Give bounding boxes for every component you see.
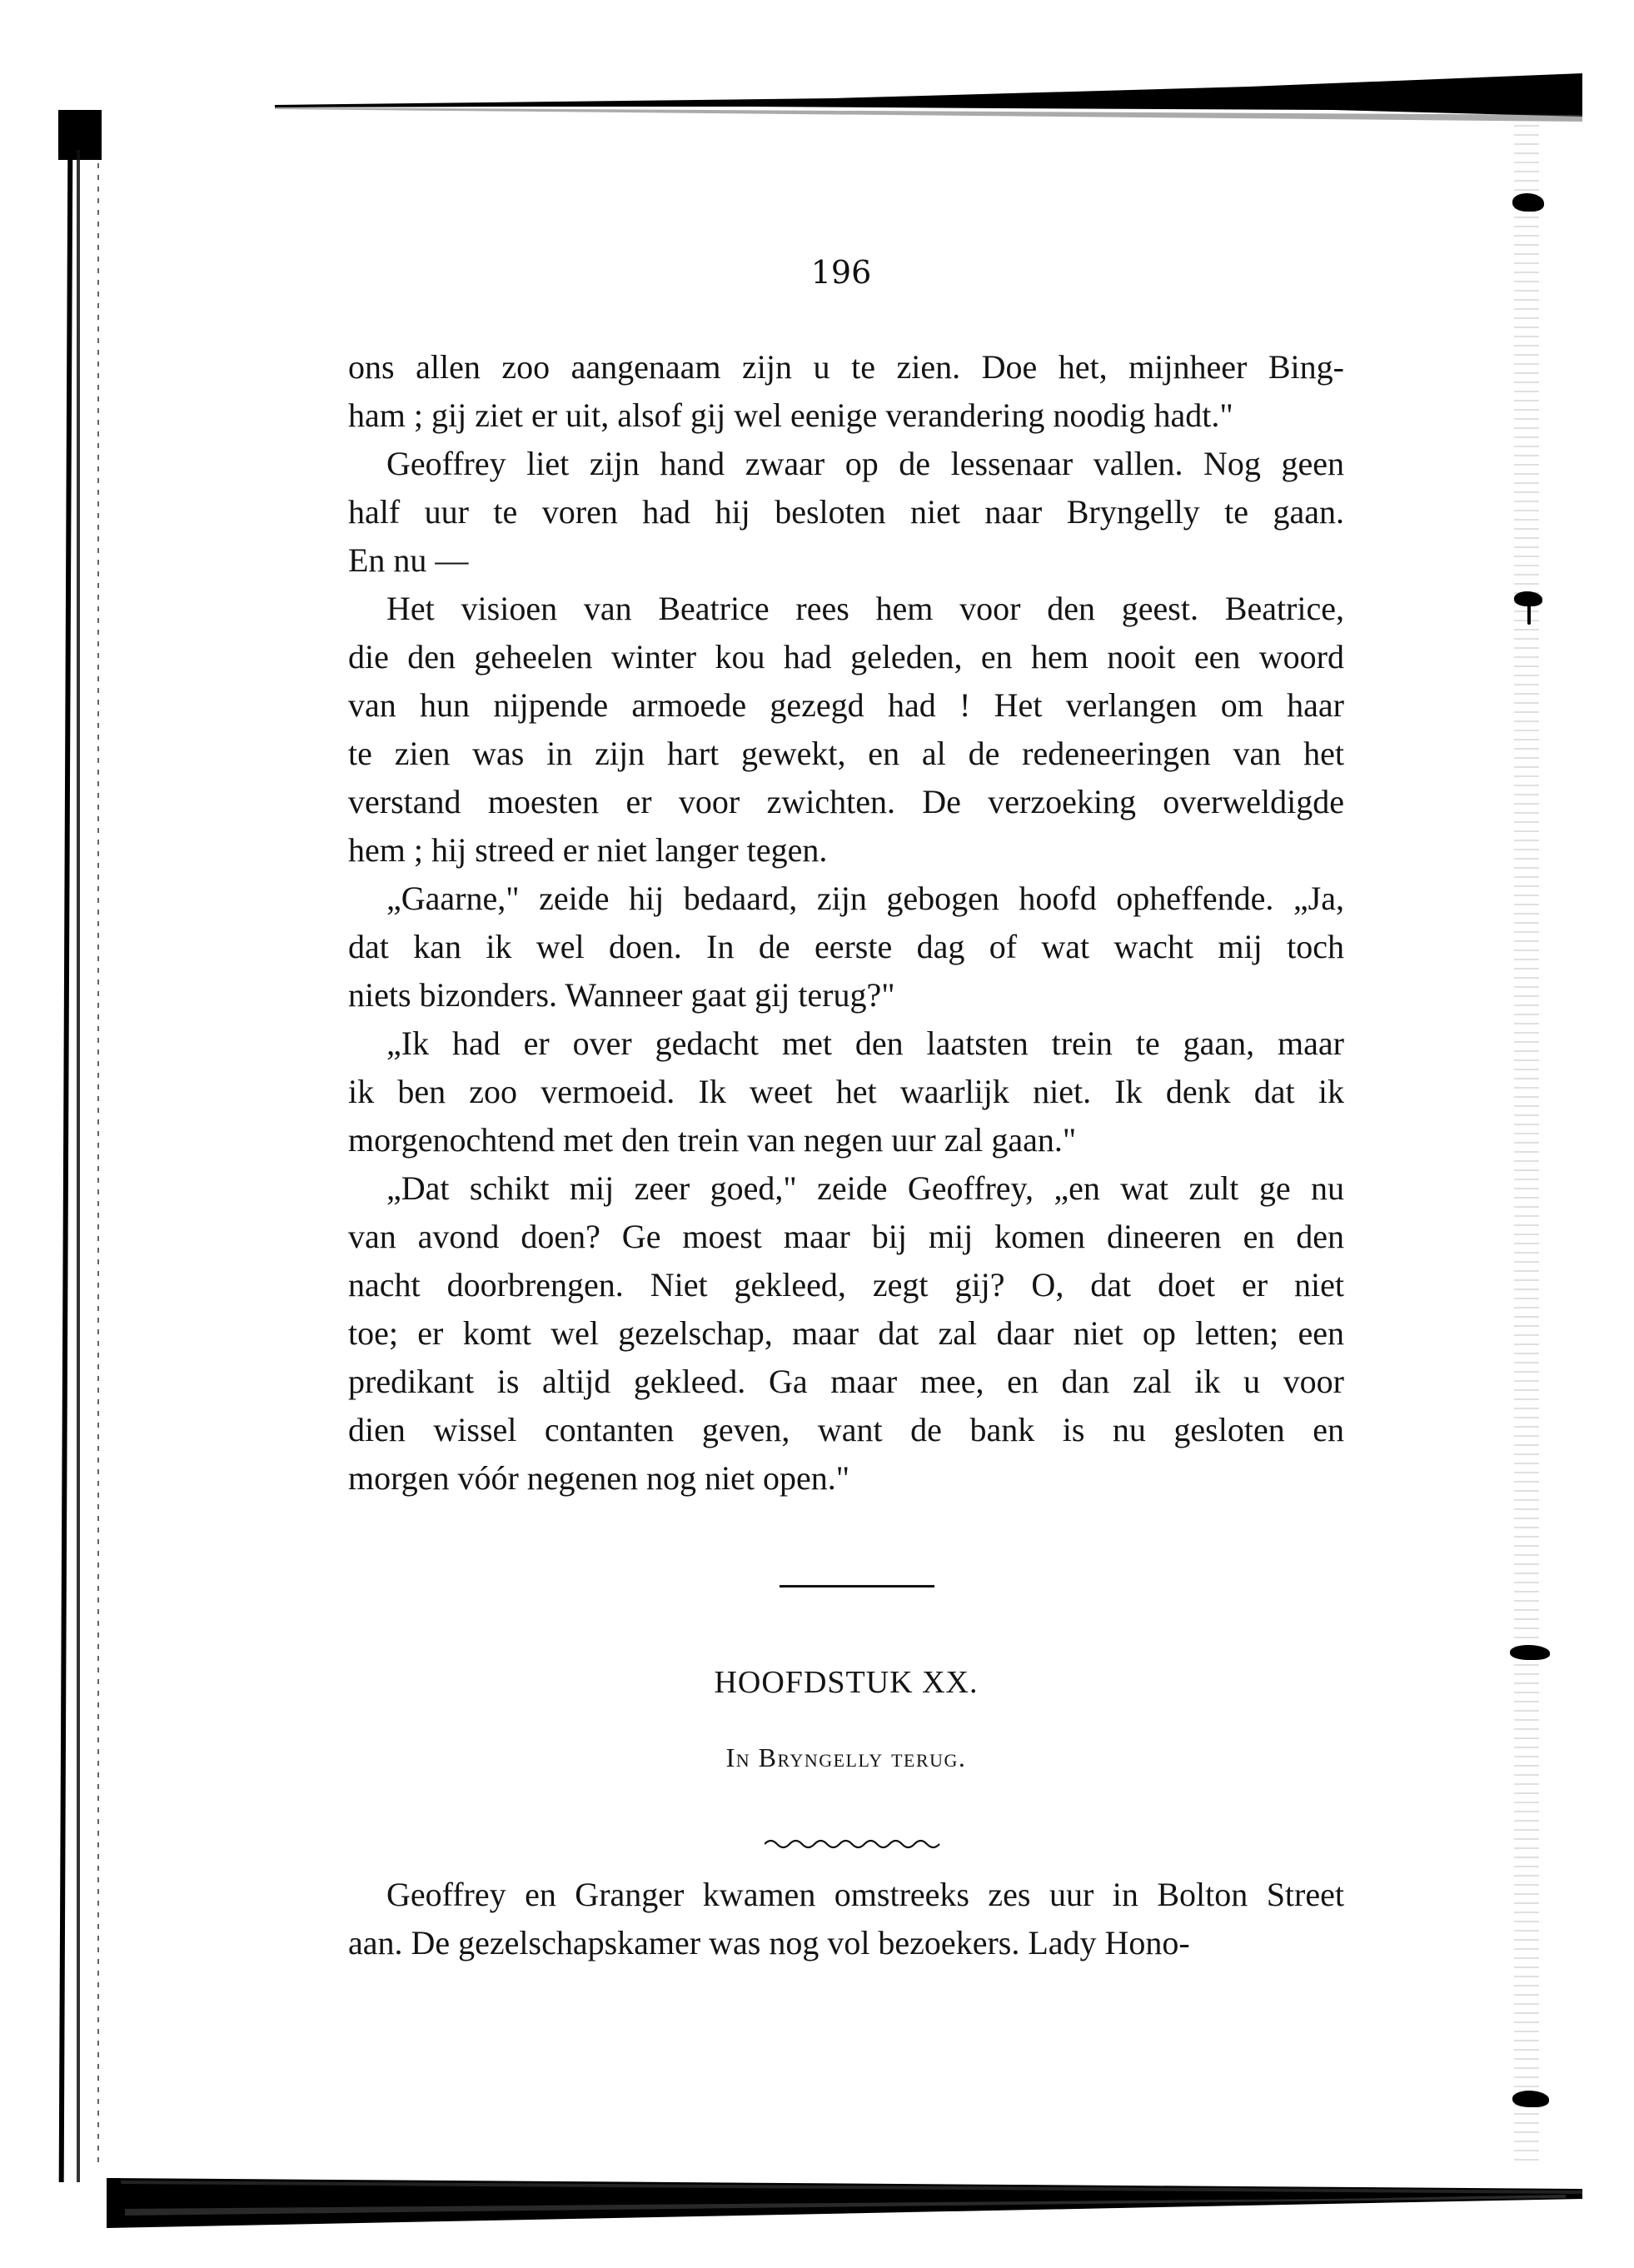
paragraph: Geoffrey liet zijn hand zwaar op de less… — [348, 440, 1344, 585]
scan-spine-shadow — [58, 110, 102, 160]
text-line: ons allen zoo aangenaam zijn u te zien. … — [348, 343, 1344, 391]
scan-bottom-shadow — [0, 2132, 1634, 2266]
text-line: van hun nijpende armoede gezegd had ! He… — [348, 681, 1344, 730]
scan-ink-blot — [1512, 2091, 1549, 2107]
text-line: „Ik had er over gedacht met den laatsten… — [348, 1019, 1344, 1068]
text-line: verstand moesten er voor zwichten. De ve… — [348, 778, 1344, 826]
text-line: „Gaarne," zeide hij bedaard, zijn geboge… — [348, 875, 1344, 923]
text-line: aan. De gezelschapskamer was nog vol bez… — [348, 1919, 1344, 1967]
text-line: En nu — — [348, 536, 1344, 585]
text-line: dien wissel contanten geven, want de ban… — [348, 1406, 1344, 1454]
text-line: half uur te voren had hij besloten niet … — [348, 488, 1344, 536]
scan-spine-line — [97, 117, 99, 2166]
scan-spine-line — [77, 150, 80, 2182]
text-line: Geoffrey en Granger kwamen omstreeks zes… — [348, 1871, 1344, 1919]
text-line: die den geheelen winter kou had geleden,… — [348, 633, 1344, 681]
paragraph: „Gaarne," zeide hij bedaard, zijn geboge… — [348, 875, 1344, 1019]
text-line: morgen vóór negenen nog niet open." — [348, 1454, 1344, 1503]
wavy-ornament — [765, 1836, 944, 1852]
page-number: 196 — [0, 254, 1634, 291]
chapter-body-text: Geoffrey en Granger kwamen omstreeks zes… — [348, 1871, 1344, 1967]
text-line: ham ; gij ziet er uit, alsof gij wel een… — [348, 391, 1344, 440]
body-text: ons allen zoo aangenaam zijn u te zien. … — [348, 343, 1344, 1503]
text-line: hem ; hij streed er niet langer tegen. — [348, 826, 1344, 875]
scan-ink-blot — [1510, 1645, 1550, 1660]
paragraph: „Dat schikt mij zeer goed," zeide Geoffr… — [348, 1164, 1344, 1503]
paragraph: ons allen zoo aangenaam zijn u te zien. … — [348, 343, 1344, 440]
text-line: toe; er komt wel gezelschap, maar dat za… — [348, 1309, 1344, 1358]
text-line: Geoffrey liet zijn hand zwaar op de less… — [348, 440, 1344, 488]
chapter-subtitle: In Bryngelly terug. — [348, 1742, 1344, 1773]
chapter-title: HOOFDSTUK XX. — [348, 1664, 1344, 1701]
scan-edge-speckle — [1514, 125, 1539, 2166]
scanned-book-page: 196 ons allen zoo aangenaam zijn u te zi… — [0, 0, 1634, 2268]
text-line: morgenochtend met den trein van negen uu… — [348, 1116, 1344, 1164]
text-line: niets bizonders. Wanneer gaat gij terug?… — [348, 971, 1344, 1019]
scan-top-shadow — [0, 0, 1634, 167]
section-divider-rule — [780, 1585, 934, 1588]
text-line: nacht doorbrengen. Niet gekleed, zegt gi… — [348, 1261, 1344, 1309]
paragraph: Geoffrey en Granger kwamen omstreeks zes… — [348, 1871, 1344, 1967]
text-line: Het visioen van Beatrice rees hem voor d… — [348, 585, 1344, 633]
text-line: ik ben zoo vermoeid. Ik weet het waarlij… — [348, 1068, 1344, 1116]
text-line: van avond doen? Ge moest maar bij mij ko… — [348, 1213, 1344, 1261]
paragraph: Het visioen van Beatrice rees hem voor d… — [348, 585, 1344, 875]
scan-spine-line — [59, 150, 73, 2182]
text-line: te zien was in zijn hart gewekt, en al d… — [348, 730, 1344, 778]
text-line: „Dat schikt mij zeer goed," zeide Geoffr… — [348, 1164, 1344, 1213]
paragraph: „Ik had er over gedacht met den laatsten… — [348, 1019, 1344, 1164]
scan-ink-blot — [1527, 600, 1531, 625]
text-line: dat kan ik wel doen. In de eerste dag of… — [348, 923, 1344, 971]
scan-ink-blot — [1512, 193, 1544, 212]
text-line: predikant is altijd gekleed. Ga maar mee… — [348, 1358, 1344, 1406]
